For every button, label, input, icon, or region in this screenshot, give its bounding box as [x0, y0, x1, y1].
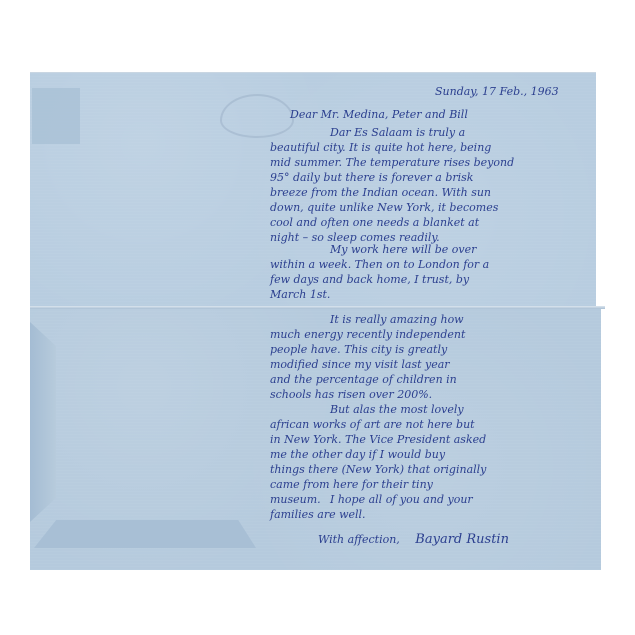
text-line: much energy recently independent: [270, 327, 465, 342]
text-line: things there (New York) that originally: [270, 462, 486, 477]
paragraph-5: I hope all of you and your families are …: [270, 492, 473, 522]
paragraph-1: Dar Es Salaam is truly a beautiful city.…: [270, 125, 514, 245]
signature: Bayard Rustin: [415, 532, 509, 547]
text-line: modified since my visit last year: [270, 357, 465, 372]
text-line: Dar Es Salaam is truly a: [270, 125, 514, 140]
text-line: My work here will be over: [270, 242, 489, 257]
text-line: and the percentage of children in: [270, 372, 465, 387]
envelope-flap-bottom: [34, 520, 256, 548]
text-line: within a week. Then on to London for a: [270, 257, 489, 272]
closing-phrase: With affection,: [318, 533, 400, 546]
text-line: families are well.: [270, 507, 473, 522]
text-line: came from here for their tiny: [270, 477, 486, 492]
letter-closing: With affection, Bayard Rustin: [318, 532, 509, 547]
letter-salutation: Dear Mr. Medina, Peter and Bill: [290, 107, 468, 122]
paragraph-2: My work here will be over within a week.…: [270, 242, 489, 302]
fold-crease: [30, 306, 605, 309]
text-line: in New York. The Vice President asked: [270, 432, 486, 447]
paragraph-3: It is really amazing how much energy rec…: [270, 312, 465, 402]
text-line: down, quite unlike New York, it becomes: [270, 200, 514, 215]
text-line: people have. This city is greatly: [270, 342, 465, 357]
text-line: I hope all of you and your: [270, 492, 473, 507]
text-line: breeze from the Indian ocean. With sun: [270, 185, 514, 200]
text-line: me the other day if I would buy: [270, 447, 486, 462]
text-line: schools has risen over 200%.: [270, 387, 465, 402]
envelope-flap-left: [30, 322, 56, 522]
text-line: 95° daily but there is forever a brisk: [270, 170, 514, 185]
letter-date: Sunday, 17 Feb., 1963: [435, 84, 559, 99]
faded-stamp-area: [32, 88, 80, 144]
text-line: mid summer. The temperature rises beyond: [270, 155, 514, 170]
text-line: March 1st.: [270, 287, 489, 302]
text-line: beautiful city. It is quite hot here, be…: [270, 140, 514, 155]
text-line: few days and back home, I trust, by: [270, 272, 489, 287]
text-line: But alas the most lovely: [270, 402, 486, 417]
aerogramme-letter: Sunday, 17 Feb., 1963 Dear Mr. Medina, P…: [30, 72, 605, 552]
text-line: It is really amazing how: [270, 312, 465, 327]
text-line: cool and often one needs a blanket at: [270, 215, 514, 230]
text-line: african works of art are not here but: [270, 417, 486, 432]
